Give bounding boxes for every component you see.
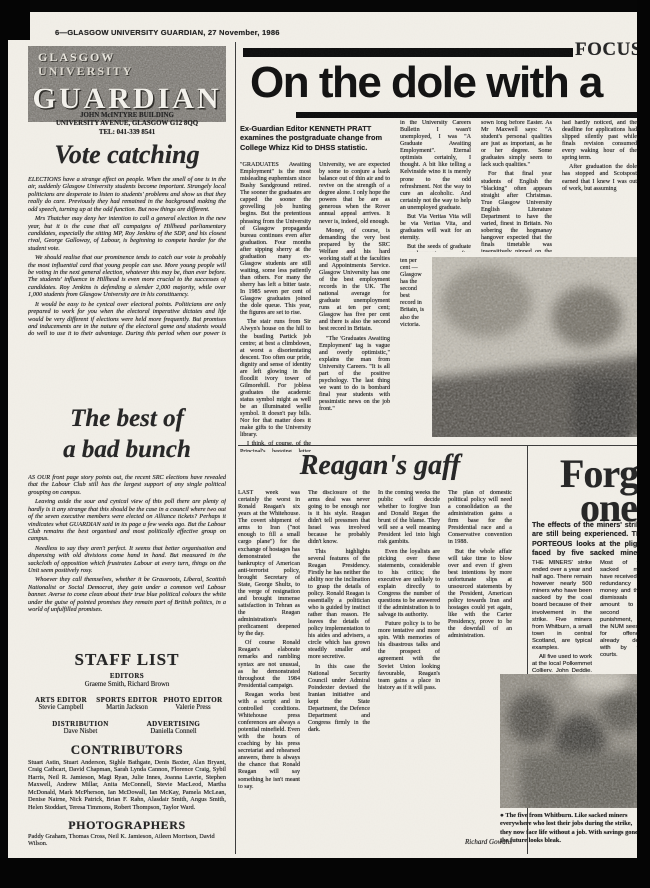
bad-bunch-title-line2: a bad bunch	[28, 435, 226, 466]
dole-col-2: University, we are expected by some to c…	[319, 162, 390, 452]
body-paragraph: In the coming weeks the public will deci…	[378, 490, 440, 547]
reagan-col-1: LAST week was certainly the worst in Ron…	[238, 490, 300, 842]
body-paragraph: But Via Veritas Vita will be via Veritas…	[400, 214, 471, 242]
scan-corner-mark	[0, 0, 30, 40]
body-paragraph: All five used to work at the local Polke…	[532, 654, 592, 672]
address-line3: TEL: 041-339 8541	[28, 129, 226, 137]
body-paragraph: Needless to say they aren't perfect. It …	[28, 545, 226, 575]
body-paragraph: It would be easy to be cynical over elec…	[28, 301, 226, 338]
body-paragraph: Leaving aside the sour and cynical view …	[28, 498, 226, 543]
dole-col-sliver: ten per cent — Glasgow has the second be…	[400, 258, 426, 438]
dole-photo	[432, 257, 637, 437]
staff-roles-row2: DISTRIBUTION Dave Nisbet ADVERTISING Dan…	[38, 720, 216, 735]
forgotten-col-1: THE MINERS' strike ended over a year and…	[532, 560, 592, 672]
address-line2: UNIVERSITY AVENUE, GLASGOW G12 8QQ	[28, 120, 226, 128]
body-paragraph: In this case the National Security Counc…	[308, 664, 370, 735]
body-paragraph: "GRADUATES Awaiting Employment" is the m…	[240, 162, 311, 317]
body-paragraph: THE MINERS' strike ended over a year and…	[532, 560, 592, 652]
distribution-name: Dave Nisbet	[38, 728, 123, 735]
body-paragraph: The disclosure of the arms deal was neve…	[308, 490, 370, 547]
dole-col-5: had hardly noticed, and the deadline for…	[562, 120, 637, 252]
body-paragraph: in the University Careers Bulletin I was…	[400, 120, 471, 212]
bad-bunch-title: The best of a bad bunch	[28, 404, 226, 465]
body-paragraph: sown long before Easter. As Mr Maxwell s…	[481, 120, 552, 169]
arts-editor-label: ARTS EDITOR	[28, 696, 94, 704]
miners-photo-caption: ● The five from Whitburn. Like sacked mi…	[500, 812, 645, 850]
caption-text: The five from Whitburn. Like sacked mine…	[500, 812, 638, 844]
body-paragraph: ten per cent — Glasgow has the second be…	[400, 258, 426, 329]
body-paragraph: Mrs Thatcher may deny her intention to c…	[28, 215, 226, 252]
advertising-label: ADVERTISING	[131, 720, 216, 728]
body-paragraph: ELECTIONS have a strange effect on peopl…	[28, 176, 226, 213]
dole-headline-rule	[296, 112, 637, 118]
masthead-line1: GLASGOW	[38, 50, 115, 65]
body-paragraph: LAST week was certainly the worst in Ron…	[238, 490, 300, 638]
editors-names: Graeme Smith, Richard Brown	[28, 681, 226, 688]
editors-label: EDITORS	[28, 672, 226, 680]
body-paragraph: This highlights several features of the …	[308, 549, 370, 662]
body-paragraph: University, we are expected by some to c…	[319, 162, 390, 226]
body-paragraph: Of course Ronald Reagan's elaborate rema…	[238, 640, 300, 689]
photo-editor-label: PHOTO EDITOR	[160, 696, 226, 704]
masthead-address: JOHN McINTYRE BUILDING UNIVERSITY AVENUE…	[28, 112, 226, 137]
body-paragraph: "The 'Graduates Awaiting Employment' tag…	[319, 336, 390, 414]
photo-editor-name: Valerie Press	[160, 704, 226, 711]
body-paragraph: had hardly noticed, and the deadline for…	[562, 120, 637, 162]
reagan-title: Reagan's gaff	[238, 450, 522, 482]
distribution-label: DISTRIBUTION	[38, 720, 123, 728]
photographers-title: PHOTOGRAPHERS	[28, 818, 226, 833]
body-paragraph: Future policy is to be more tentative an…	[378, 621, 440, 692]
paper-sheet: 6—GLASGOW UNIVERSITY GUARDIAN, 27 Novemb…	[8, 12, 637, 858]
scan-edge-right	[637, 0, 650, 888]
dole-col-4: sown long before Easter. As Mr Maxwell s…	[481, 120, 552, 252]
body-paragraph: We should realise that our prominence te…	[28, 254, 226, 299]
photo-grain-texture	[432, 257, 637, 437]
vote-catching-body: ELECTIONS have a strange effect on peopl…	[28, 176, 226, 338]
contributors-title: CONTRIBUTORS	[28, 742, 226, 758]
sports-editor-name: Martin Jackson	[94, 704, 160, 711]
body-paragraph: Whoever they call themselves, whether it…	[28, 576, 226, 613]
caption-bullet-icon: ●	[500, 812, 504, 819]
body-paragraph: Even the loyalists are picking over thes…	[378, 549, 440, 620]
staff-roles-row: ARTS EDITOR Stevie Campbell SPORTS EDITO…	[28, 696, 226, 711]
dole-col-1: "GRADUATES Awaiting Employment" is the m…	[240, 162, 311, 452]
masthead-title: GUARDIAN	[28, 82, 226, 116]
forgotten-standfirst: The effects of the miners' strike are st…	[532, 520, 644, 556]
column-divider-left	[235, 42, 236, 854]
body-paragraph: But the whole affair will take time to b…	[448, 549, 512, 641]
masthead-line2: UNIVERSITY	[38, 64, 133, 79]
body-paragraph: Money, of course, is demanding the very …	[319, 228, 390, 334]
body-paragraph: Reagan works best with a script and in c…	[238, 692, 300, 791]
scan-edge-bottom	[0, 858, 650, 888]
body-paragraph: The plan of domestic political policy wi…	[448, 490, 512, 547]
dole-standfirst: Ex-Guardian Editor KENNETH PRATT examine…	[240, 124, 388, 160]
sports-editor-label: SPORTS EDITOR	[94, 696, 160, 704]
body-paragraph: For that final year students of English …	[481, 171, 552, 252]
dole-col-3: in the University Careers Bulletin I was…	[400, 120, 471, 252]
bad-bunch-body: AS OUR front page story points out, the …	[28, 474, 226, 644]
photographers-names: Paddy Graham, Thomas Cross, Neil K. Jami…	[28, 833, 226, 849]
arts-editor-name: Stevie Campbell	[28, 704, 94, 711]
section-rule-horizontal	[238, 445, 637, 446]
photo-grain-texture	[500, 674, 645, 808]
reagan-col-3: In the coming weeks the public will deci…	[378, 490, 440, 842]
reagan-col-2: The disclosure of the arms deal was neve…	[308, 490, 370, 842]
miners-photo	[500, 674, 645, 808]
newspaper-page: 6—GLASGOW UNIVERSITY GUARDIAN, 27 Novemb…	[0, 0, 650, 888]
focus-bar	[243, 48, 573, 57]
page-running-header: 6—GLASGOW UNIVERSITY GUARDIAN, 27 Novemb…	[55, 28, 395, 37]
bad-bunch-title-line1: The best of	[28, 404, 226, 435]
body-paragraph: AS OUR front page story points out, the …	[28, 474, 226, 496]
body-paragraph: The stair runs from Sir Alwyn's house on…	[240, 319, 311, 439]
staff-list-title: STAFF LIST	[28, 650, 226, 670]
address-line1: JOHN McINTYRE BUILDING	[28, 112, 226, 120]
dole-headline: On the dole with a	[250, 58, 602, 108]
masthead-logo-box: GLASGOW UNIVERSITY GUARDIAN	[28, 46, 226, 122]
body-paragraph: But the seeds of graduate unemployment a…	[400, 244, 471, 252]
advertising-name: Daniella Connell	[131, 728, 216, 735]
vote-catching-title: Vote catching	[28, 140, 226, 170]
body-paragraph: After graduation the dole has stopped an…	[562, 164, 637, 192]
contributors-names: Stuart Astin, Stuart Anderson, Sighle Ba…	[28, 759, 226, 815]
